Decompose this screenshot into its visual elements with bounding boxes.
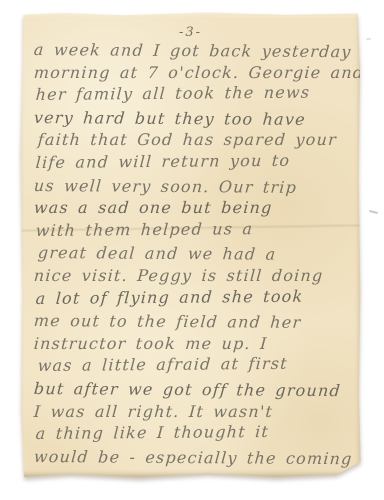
handwritten-line: faith that God has spared your	[37, 129, 359, 152]
page-number: -3-	[20, 25, 361, 40]
handwritten-line: was a little afraid at first	[37, 353, 359, 378]
handwritten-line: very hard but they too have	[33, 107, 359, 132]
handwritten-line: a week and I got back yesterday	[33, 39, 359, 64]
letter-page-wrapper: -3- a week and I got back yesterday morn…	[20, 12, 361, 478]
handwritten-line: was a sad one but being	[33, 197, 359, 220]
letter-paper: -3- a week and I got back yesterday morn…	[20, 12, 361, 478]
handwritten-line: me out to the field and her	[33, 310, 359, 335]
handwritten-line: great deal and we had a	[37, 242, 359, 267]
handwritten-line: a lot of flying and she took	[35, 285, 359, 310]
handwritten-line: with them helped us a	[35, 217, 359, 242]
handwritten-line: nice visit. Peggy is still doing	[33, 265, 359, 288]
handwritten-line: but after we got off the ground	[33, 378, 359, 403]
handwritten-line: us well very soon. Our trip	[33, 175, 359, 200]
handwritten-line: her family all took the news	[35, 81, 359, 106]
handwritten-line: a thing like I thought it	[35, 420, 359, 445]
handwritten-line: life and will return you to	[35, 149, 359, 174]
handwritten-text-block: a week and I got back yesterday morning …	[33, 39, 357, 468]
handwritten-line: would be - especially the coming	[33, 446, 359, 471]
